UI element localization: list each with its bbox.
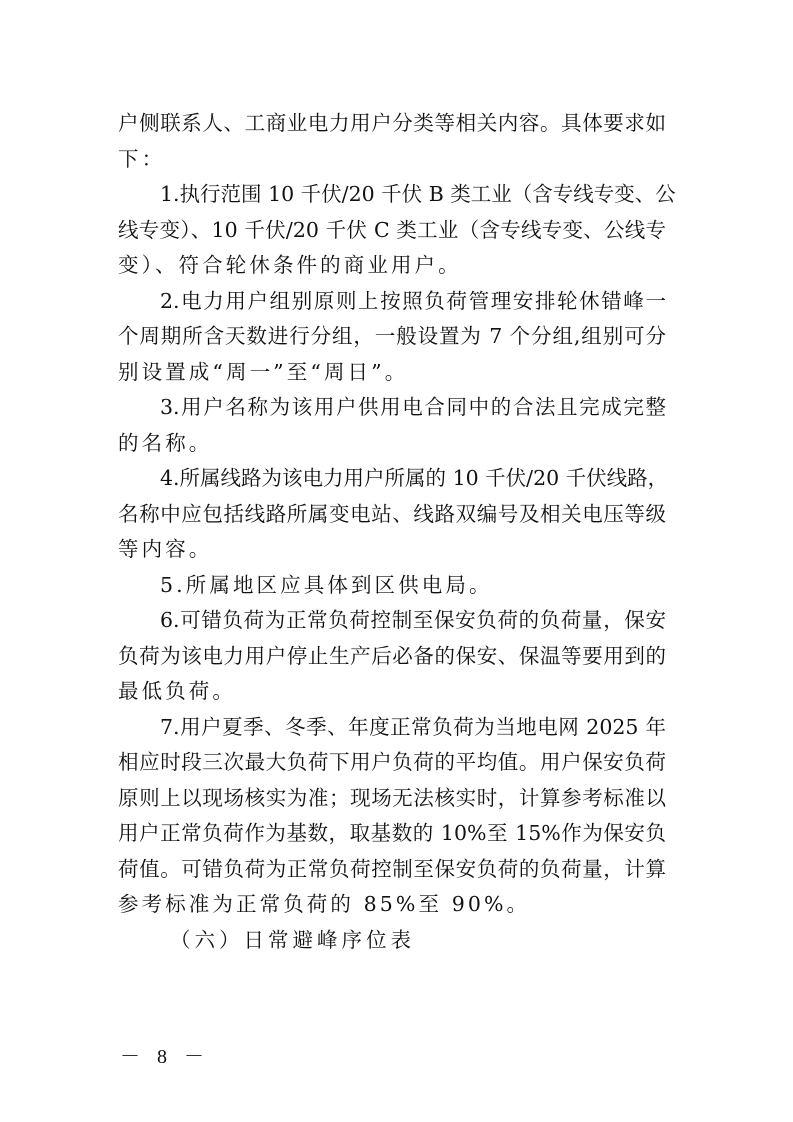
text-line: 名称中应包括线路所属变电站、线路双编号及相关电压等级: [118, 497, 666, 533]
section-heading: （六）日常避峰序位表: [118, 923, 666, 959]
text-line: 原则上以现场核实为准；现场无法核实时，计算参考标准以: [118, 781, 666, 817]
text-line: 负荷为该电力用户停止生产后必备的保安、保温等要用到的: [118, 639, 666, 675]
list-item-4: 4.所属线路为该电力用户所属的 10 千伏/20 千伏线路，: [118, 461, 666, 497]
text-line: 等内容。: [118, 532, 666, 568]
page-number: － 8 －: [120, 1040, 210, 1069]
text-line: 个周期所含天数进行分组，一般设置为 7 个分组,组别可分: [118, 319, 666, 355]
list-item-1: 1.执行范围 10 千伏/20 千伏 B 类工业（含专线专变、公: [118, 177, 666, 213]
list-item-2: 2.电力用户组别原则上按照负荷管理安排轮休错峰一: [118, 284, 666, 320]
list-item-3: 3.用户名称为该用户供用电合同中的合法且完成完整: [118, 390, 666, 426]
text-line: 参考标准为正常负荷的 85%至 90%。: [118, 887, 666, 923]
text-line: 变）、符合轮休条件的商业用户。: [118, 248, 666, 284]
document-page: 户侧联系人、工商业电力用户分类等相关内容。具体要求如 下： 1.执行范围 10 …: [0, 0, 793, 1122]
text-line: 下：: [118, 142, 666, 178]
text-line: 线专变）、10 千伏/20 千伏 C 类工业（含专线专变、公线专: [118, 213, 666, 249]
list-item-6: 6.可错负荷为正常负荷控制至保安负荷的负荷量，保安: [118, 603, 666, 639]
text-line: 最低负荷。: [118, 674, 666, 710]
text-line: 户侧联系人、工商业电力用户分类等相关内容。具体要求如: [118, 106, 666, 142]
body-text: 户侧联系人、工商业电力用户分类等相关内容。具体要求如 下： 1.执行范围 10 …: [118, 106, 666, 958]
text-line: 相应时段三次最大负荷下用户负荷的平均值。用户保安负荷: [118, 745, 666, 781]
text-line: 用户正常负荷作为基数，取基数的 10%至 15%作为保安负: [118, 816, 666, 852]
text-line: 别设置成“周一”至“周日”。: [118, 355, 666, 391]
text-line: 荷值。可错负荷为正常负荷控制至保安负荷的负荷量，计算: [118, 852, 666, 888]
text-line: 的名称。: [118, 426, 666, 462]
list-item-7: 7.用户夏季、冬季、年度正常负荷为当地电网 2025 年: [118, 710, 666, 746]
list-item-5: 5.所属地区应具体到区供电局。: [118, 568, 666, 604]
